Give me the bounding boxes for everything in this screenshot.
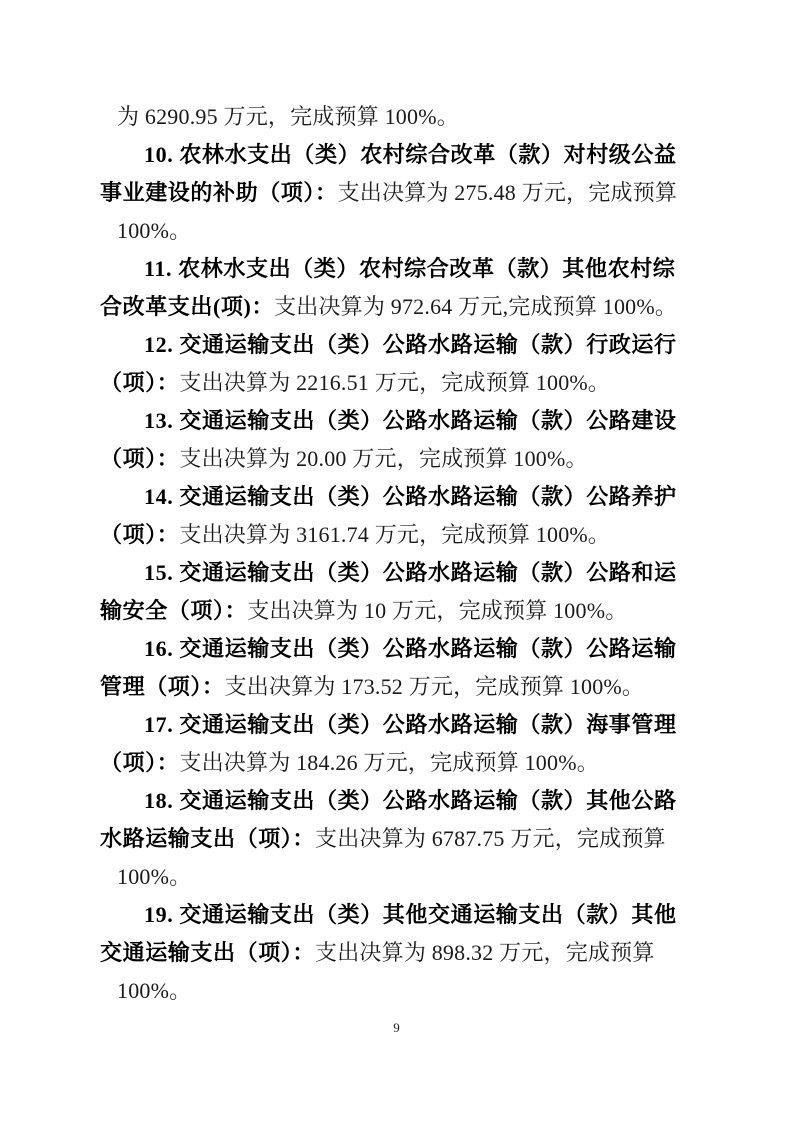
- text-line: （项）：支出决算为 184.26 万元，完成预算 100%。: [100, 744, 700, 782]
- text-run: 支出决算为 275.48 万元，完成预算: [338, 180, 678, 205]
- text-run: 100%。: [117, 978, 191, 1003]
- text-line: 16. 交通运输支出（类）公路水路运输（款）公路运输: [100, 630, 700, 668]
- text-line: 10. 农林水支出（类）农村综合改革（款）对村级公益: [100, 136, 700, 174]
- text-run: 支出决算为 173.52 万元，完成预算 100%。: [225, 674, 645, 699]
- text-line: 19. 交通运输支出（类）其他交通运输支出（款）其他: [100, 896, 700, 934]
- text-run: 支出决算为 20.00 万元，完成预算 100%。: [179, 446, 587, 471]
- text-run: （项）：: [100, 370, 179, 395]
- text-run: （项）：: [100, 750, 179, 775]
- text-run: 100%。: [117, 218, 191, 243]
- text-run: 管理（项）：: [100, 674, 225, 699]
- text-run: 16. 交通运输支出（类）公路水路运输（款）公路运输: [144, 636, 677, 661]
- text-line: （项）：支出决算为 2216.51 万元，完成预算 100%。: [100, 364, 700, 402]
- text-line: 交通运输支出（项）：支出决算为 898.32 万元，完成预算: [100, 934, 700, 972]
- text-line: 13. 交通运输支出（类）公路水路运输（款）公路建设: [100, 402, 700, 440]
- text-line: （项）：支出决算为 20.00 万元，完成预算 100%。: [100, 440, 700, 478]
- text-line: 100%。: [100, 212, 700, 250]
- text-run: 为 6290.95 万元，完成预算 100%。: [117, 104, 459, 129]
- text-run: 100%。: [117, 864, 191, 889]
- page-footer: 9: [0, 1020, 793, 1036]
- text-line: 15. 交通运输支出（类）公路水路运输（款）公路和运: [100, 554, 700, 592]
- text-run: 水路运输支出（项）：: [100, 826, 315, 851]
- text-run: 支出决算为 3161.74 万元，完成预算 100%。: [179, 522, 610, 547]
- text-line: 14. 交通运输支出（类）公路水路运输（款）公路养护: [100, 478, 700, 516]
- text-run: 11. 农林水支出（类）农村综合改革（款）其他农村综: [144, 256, 675, 281]
- text-line: 合改革支出(项)：支出决算为 972.64 万元,完成预算 100%。: [100, 288, 700, 326]
- paragraph-item-16: 16. 交通运输支出（类）公路水路运输（款）公路运输管理（项）：支出决算为 17…: [100, 630, 700, 706]
- paragraph-item-15: 15. 交通运输支出（类）公路水路运输（款）公路和运输安全（项）：支出决算为 1…: [100, 554, 700, 630]
- paragraph-item-11: 11. 农林水支出（类）农村综合改革（款）其他农村综合改革支出(项)：支出决算为…: [100, 250, 700, 326]
- text-line: 事业建设的补助（项）：支出决算为 275.48 万元，完成预算: [100, 174, 700, 212]
- text-run: 支出决算为 972.64 万元,完成预算 100%。: [274, 294, 677, 319]
- text-line: 管理（项）：支出决算为 173.52 万元，完成预算 100%。: [100, 668, 700, 706]
- text-run: 事业建设的补助（项）：: [100, 180, 338, 205]
- document-page: 为 6290.95 万元，完成预算 100%。10. 农林水支出（类）农村综合改…: [0, 0, 793, 1122]
- text-line: 输安全（项）：支出决算为 10 万元，完成预算 100%。: [100, 592, 700, 630]
- paragraph-item-19: 19. 交通运输支出（类）其他交通运输支出（款）其他交通运输支出（项）：支出决算…: [100, 896, 700, 1010]
- paragraph-item-18: 18. 交通运输支出（类）公路水路运输（款）其他公路水路运输支出（项）：支出决算…: [100, 782, 700, 896]
- paragraph-item-13: 13. 交通运输支出（类）公路水路运输（款）公路建设（项）：支出决算为 20.0…: [100, 402, 700, 478]
- text-line: 18. 交通运输支出（类）公路水路运输（款）其他公路: [100, 782, 700, 820]
- text-run: 合改革支出(项)：: [100, 294, 274, 319]
- text-line: 12. 交通运输支出（类）公路水路运输（款）行政运行: [100, 326, 700, 364]
- text-run: 12. 交通运输支出（类）公路水路运输（款）行政运行: [144, 332, 677, 357]
- paragraph-item-14: 14. 交通运输支出（类）公路水路运输（款）公路养护（项）：支出决算为 3161…: [100, 478, 700, 554]
- text-run: 14. 交通运输支出（类）公路水路运输（款）公路养护: [144, 484, 677, 509]
- text-line: 为 6290.95 万元，完成预算 100%。: [100, 98, 700, 136]
- page-number: 9: [393, 1020, 400, 1035]
- text-line: 水路运输支出（项）：支出决算为 6787.75 万元，完成预算: [100, 820, 700, 858]
- document-body: 为 6290.95 万元，完成预算 100%。10. 农林水支出（类）农村综合改…: [100, 98, 700, 1010]
- text-run: 支出决算为 2216.51 万元，完成预算 100%。: [179, 370, 610, 395]
- text-run: 支出决算为 10 万元，完成预算 100%。: [247, 598, 627, 623]
- text-line: 11. 农林水支出（类）农村综合改革（款）其他农村综: [100, 250, 700, 288]
- text-line: 100%。: [100, 972, 700, 1010]
- paragraph-item-9-continuation: 为 6290.95 万元，完成预算 100%。: [100, 98, 700, 136]
- text-run: 支出决算为 6787.75 万元，完成预算: [315, 826, 666, 851]
- paragraph-item-17: 17. 交通运输支出（类）公路水路运输（款）海事管理（项）：支出决算为 184.…: [100, 706, 700, 782]
- text-run: 支出决算为 184.26 万元，完成预算 100%。: [179, 750, 599, 775]
- text-run: 交通运输支出（项）：: [100, 940, 315, 965]
- text-run: 15. 交通运输支出（类）公路水路运输（款）公路和运: [144, 560, 677, 585]
- text-run: 18. 交通运输支出（类）公路水路运输（款）其他公路: [144, 788, 677, 813]
- text-run: 17. 交通运输支出（类）公路水路运输（款）海事管理: [144, 712, 677, 737]
- text-run: （项）：: [100, 522, 179, 547]
- text-run: 输安全（项）：: [100, 598, 247, 623]
- text-run: 10. 农林水支出（类）农村综合改革（款）对村级公益: [144, 142, 677, 167]
- text-line: （项）：支出决算为 3161.74 万元，完成预算 100%。: [100, 516, 700, 554]
- text-run: 支出决算为 898.32 万元，完成预算: [315, 940, 655, 965]
- text-run: （项）：: [100, 446, 179, 471]
- text-run: 13. 交通运输支出（类）公路水路运输（款）公路建设: [144, 408, 677, 433]
- text-line: 17. 交通运输支出（类）公路水路运输（款）海事管理: [100, 706, 700, 744]
- text-line: 100%。: [100, 858, 700, 896]
- paragraph-item-12: 12. 交通运输支出（类）公路水路运输（款）行政运行（项）：支出决算为 2216…: [100, 326, 700, 402]
- paragraph-item-10: 10. 农林水支出（类）农村综合改革（款）对村级公益事业建设的补助（项）：支出决…: [100, 136, 700, 250]
- text-run: 19. 交通运输支出（类）其他交通运输支出（款）其他: [144, 902, 677, 927]
